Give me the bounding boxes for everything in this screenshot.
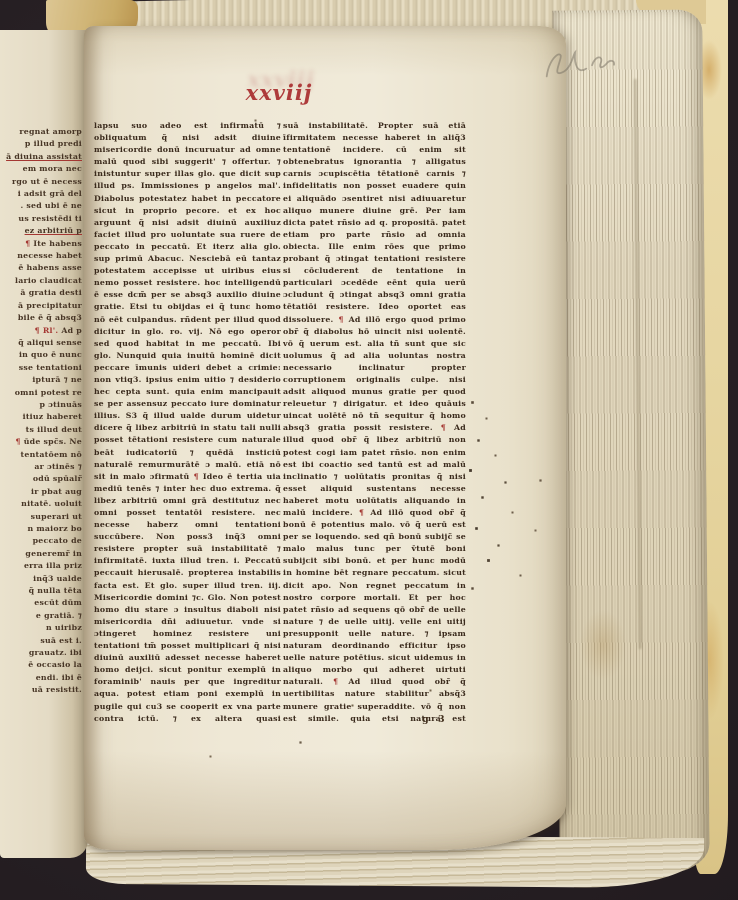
facing-page-line: i adsit grā del xyxy=(0,188,82,200)
facing-page-line: regnat amorp xyxy=(0,126,82,138)
facing-page-line: p ɔtinuās xyxy=(0,399,82,411)
facing-page-line: ē habens asse xyxy=(0,262,82,274)
facing-page-line: endi. ibi ē xyxy=(0,672,82,684)
facing-page-line: us resistēdi ti xyxy=(0,213,82,225)
facing-page-line: generemr̃ in xyxy=(0,548,82,560)
folio-number: xxviij xyxy=(92,82,466,104)
facing-page-line: peccato de xyxy=(0,535,82,547)
text-segment: Ad illud quod obr̃ q̃ libez arbitriū non… xyxy=(283,423,466,517)
text-segment: Ad illō ergo quod primo obr̃ q̃ diabolus… xyxy=(283,315,466,433)
facing-page-line: ā diuina assistat xyxy=(0,151,82,163)
facing-page-line: ¶ ūde spc̃s. Ne xyxy=(0,436,82,448)
text-segment: Ad illō quod obr̃ q̃ bonū ē potentius ma… xyxy=(283,508,466,686)
facing-page-line: q̃ nulla tēta xyxy=(0,585,82,597)
facing-page-line: em mora nec xyxy=(0,163,82,175)
facing-page-line: ez arbitriū p xyxy=(0,225,82,237)
recto-page: xxviij lapsu suo adeo est infirmatū ⁊ ob… xyxy=(84,26,566,850)
facing-page-line: nitatē. uoluit xyxy=(0,498,82,510)
book-photo: regnat amorpp illud prediā diuina assist… xyxy=(0,0,738,900)
page-stain xyxy=(580,610,626,680)
facing-page-line: escūt dūm xyxy=(0,597,82,609)
facing-page-line: inq̃3 ualde xyxy=(0,573,82,585)
facing-page-line: q̃ aliqui sense xyxy=(0,337,82,349)
facing-page-line: n maiorz bo xyxy=(0,523,82,535)
facing-page-line: ā gratia desti xyxy=(0,287,82,299)
facing-page-line: in quo ē nunc xyxy=(0,349,82,361)
quire-signature-mark: g 3 xyxy=(422,714,448,725)
facing-page-line: necesse habet xyxy=(0,250,82,262)
foxing-specks xyxy=(0,0,1,1)
facing-page-line: ar ɔtinēs ⁊ xyxy=(0,461,82,473)
facing-page-line: ¶ Rl'. Ad p xyxy=(0,325,82,337)
facing-page-line: lario claudicat xyxy=(0,275,82,287)
facing-page-line: sse tentationi xyxy=(0,362,82,374)
pencil-inscription-icon xyxy=(537,39,626,91)
facing-page-line: e gratiā. ⁊ xyxy=(0,610,82,622)
facing-page-line: ē occasio la xyxy=(0,659,82,671)
text-segment: Ideo ē tertia uia mediū tenēs ⁊ inter he… xyxy=(94,472,281,724)
text-segment: ¶ xyxy=(359,508,370,517)
facing-page-line: odū spūalr̃ xyxy=(0,473,82,485)
facing-page-line: omni potest re xyxy=(0,387,82,399)
facing-page-line: ā precipitatur xyxy=(0,300,82,312)
text-segment: ¶ xyxy=(333,677,348,686)
facing-page-line: ir pbat aug xyxy=(0,486,82,498)
rubric-mark: ¶ Rl'. xyxy=(35,326,62,335)
fore-edge-page-stack xyxy=(552,9,710,874)
facing-page-line: ts illud deut xyxy=(0,424,82,436)
facing-page-line: p illud predi xyxy=(0,138,82,150)
text-segment: suā instabilitatē. Propter suā etiā īfir… xyxy=(283,121,466,324)
text-segment: ¶ xyxy=(338,315,348,324)
rubric-mark: ¶ xyxy=(25,239,33,248)
text-column-left: lapsu suo adeo est infirmatū ⁊ obliquatu… xyxy=(94,120,281,724)
rubric-mark: ¶ xyxy=(16,437,24,446)
facing-page-line: grauatz. ibi xyxy=(0,647,82,659)
facing-page-line: tentatōem nō xyxy=(0,449,82,461)
facing-page-text-column: regnat amorpp illud prediā diuina assist… xyxy=(0,126,82,697)
facing-page-line: n uiribz xyxy=(0,622,82,634)
facing-page-line: ¶ Ite habens xyxy=(0,238,82,250)
facing-page-line: erra illa priz xyxy=(0,560,82,572)
facing-page-line: bile ē q̃ absq3 xyxy=(0,312,82,324)
facing-page-line: rgo ut ē necess xyxy=(0,176,82,188)
facing-page-line: itiuz haberet xyxy=(0,411,82,423)
text-segment: ¶ xyxy=(441,423,454,432)
facing-page-line: superari ut xyxy=(0,511,82,523)
text-segment: lapsu suo adeo est infirmatū ⁊ obliquatu… xyxy=(94,121,281,481)
facing-page-line: uā resistit. xyxy=(0,684,82,696)
facing-page-sliver: regnat amorpp illud prediā diuina assist… xyxy=(0,30,88,858)
text-column-right: suā instabilitatē. Propter suā etiā īfir… xyxy=(283,120,466,724)
facing-page-line: ipturā ⁊ ne xyxy=(0,374,82,386)
facing-page-line: suā est i. xyxy=(0,635,82,647)
text-segment: ¶ xyxy=(194,472,203,481)
facing-page-line: . sed ubi ē ne xyxy=(0,200,82,212)
